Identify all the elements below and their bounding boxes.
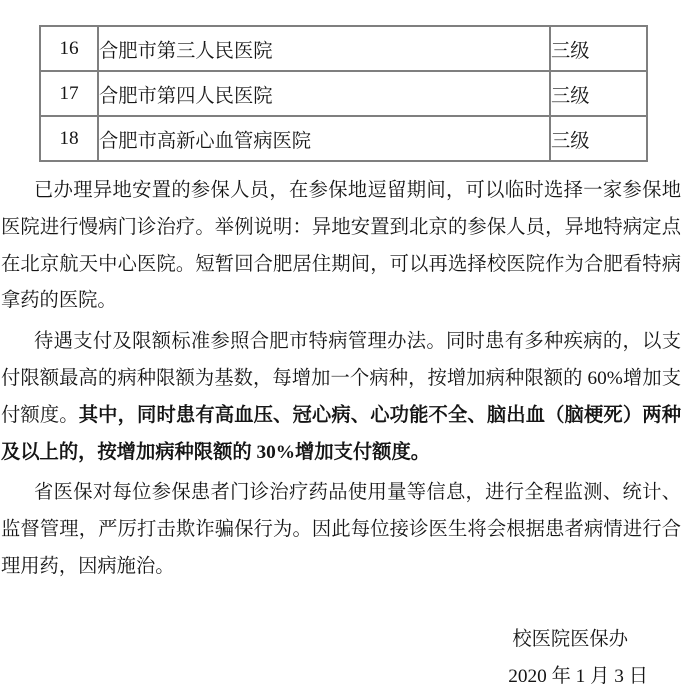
hospital-table: 16 合肥市第三人民医院 三级 17 合肥市第四人民医院 三级 18 合肥市高新… [39, 25, 648, 162]
paragraph-line: 在北京航天中心医院。短暂回合肥居住期间，可以再选择校医院作为合肥看特病 [1, 247, 681, 284]
hospital-name-cell: 合肥市第三人民医院 [98, 26, 550, 71]
line-segment-normal: 付额度。 [1, 405, 79, 426]
table-row: 17 合肥市第四人民医院 三级 [40, 71, 647, 116]
paragraph-line: 待遇支付及限额标准参照合肥市特病管理办法。同时患有多种疾病的，以支 [1, 324, 681, 361]
paragraph-line: 及以上的，按增加病种限额的 30%增加支付额度。 [1, 435, 681, 472]
paragraph-line: 监督管理，严厉打击欺诈骗保行为。因此每位接诊医生将会根据患者病情进行合 [1, 512, 681, 549]
signature-org: 校医院医保办 [1, 622, 681, 659]
paragraph-line: 拿药的医院。 [1, 283, 681, 320]
hospital-name-cell: 合肥市高新心血管病医院 [98, 116, 550, 161]
line-segment-bold: 其中，同时患有高血压、冠心病、心功能不全、脑出血（脑梗死）两种 [79, 405, 681, 426]
row-number-cell: 18 [40, 116, 98, 161]
paragraph-line: 理用药，因病施治。 [1, 549, 681, 586]
paragraph-payment-limits: 待遇支付及限额标准参照合肥市特病管理办法。同时患有多种疾病的，以支 付限额最高的… [1, 324, 681, 471]
paragraph-supervision: 省医保对每位参保患者门诊治疗药品使用量等信息，进行全程监测、统计、 监督管理，严… [1, 475, 681, 585]
table-row: 18 合肥市高新心血管病医院 三级 [40, 116, 647, 161]
hospital-level-cell: 三级 [550, 71, 647, 116]
paragraph-line: 医院进行慢病门诊治疗。举例说明：异地安置到北京的参保人员，异地特病定点 [1, 210, 681, 247]
paragraph-line: 省医保对每位参保患者门诊治疗药品使用量等信息，进行全程监测、统计、 [1, 475, 681, 512]
table-row: 16 合肥市第三人民医院 三级 [40, 26, 647, 71]
row-number-cell: 17 [40, 71, 98, 116]
hospital-level-cell: 三级 [550, 26, 647, 71]
line-segment-bold: 及以上的，按增加病种限额的 30%增加支付额度。 [1, 442, 430, 463]
document-page: 16 合肥市第三人民医院 三级 17 合肥市第四人民医院 三级 18 合肥市高新… [0, 0, 700, 693]
paragraph-line: 付额度。其中，同时患有高血压、冠心病、心功能不全、脑出血（脑梗死）两种 [1, 398, 681, 435]
hospital-name-cell: 合肥市第四人民医院 [98, 71, 550, 116]
document-body: 已办理异地安置的参保人员，在参保地逗留期间，可以临时选择一家参保地 医院进行慢病… [1, 173, 681, 693]
paragraph-line: 已办理异地安置的参保人员，在参保地逗留期间，可以临时选择一家参保地 [1, 173, 681, 210]
paragraph-remote-placement: 已办理异地安置的参保人员，在参保地逗留期间，可以临时选择一家参保地 医院进行慢病… [1, 173, 681, 320]
signature-block: 校医院医保办 2020 年 1 月 3 日 [1, 622, 681, 693]
row-number-cell: 16 [40, 26, 98, 71]
hospital-level-cell: 三级 [550, 116, 647, 161]
paragraph-line: 付限额最高的病种限额为基数，每增加一个病种，按增加病种限额的 60%增加支 [1, 361, 681, 398]
signature-date: 2020 年 1 月 3 日 [1, 659, 681, 693]
